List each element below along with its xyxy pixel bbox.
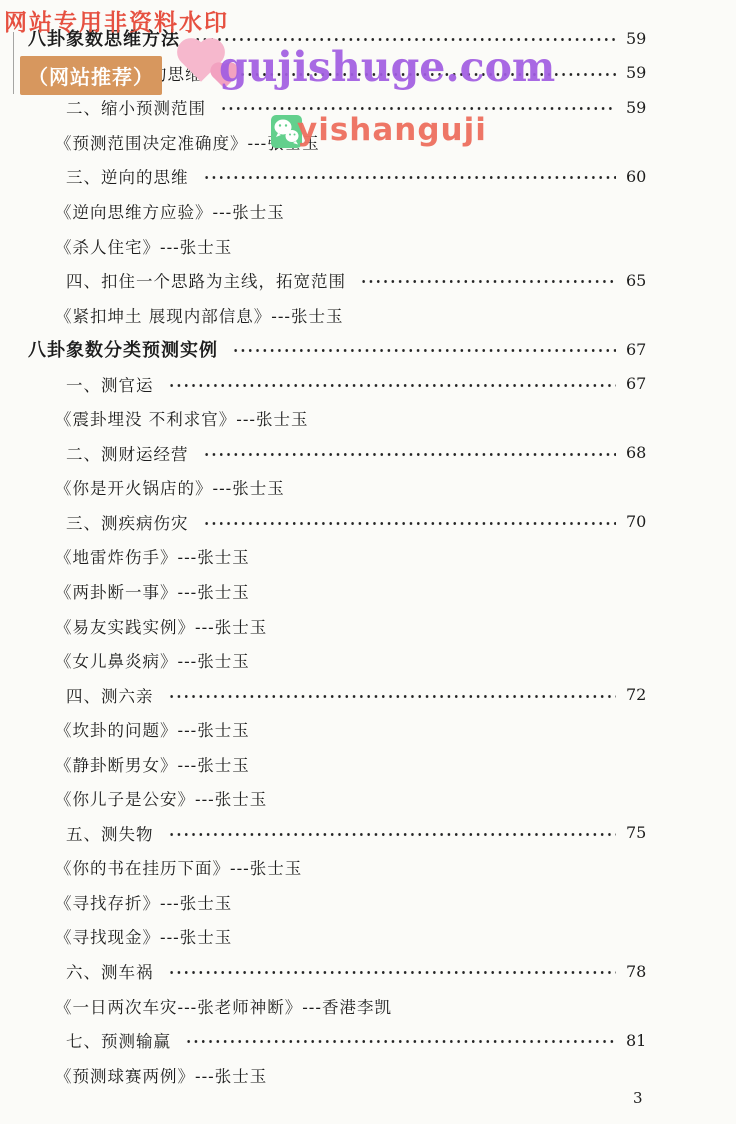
toc-book-row: 《你儿子是公安》---张士玉 (0, 781, 736, 816)
toc-page-number: 72 (626, 685, 660, 704)
table-of-contents: 八卦象数思维方法59的思维59二、缩小预测范围59《预测范围决定准确度》---张… (0, 21, 736, 1092)
toc-book-row: 《预测球赛两例》---张士玉 (0, 1057, 736, 1092)
toc-page-number: 65 (626, 271, 660, 290)
toc-entry-label: 《紧扣坤土 展现内部信息》---张士玉 (55, 303, 343, 327)
toc-item-row: 六、测车祸78 (0, 954, 736, 989)
toc-book-row: 《寻找现金》---张士玉 (0, 919, 736, 954)
toc-book-row: 《一日两次车灾---张老师神断》---香港李凯 (0, 988, 736, 1023)
dotted-leader (168, 970, 617, 975)
toc-item-row: 一、测官运67 (0, 366, 736, 401)
toc-book-row: 《坎卦的问题》---张士玉 (0, 712, 736, 747)
watermark-top-text: 网站专用非资料水印 (4, 4, 229, 37)
dotted-leader (168, 832, 617, 837)
toc-entry-label: 《你是开火锅店的》---张士玉 (55, 475, 285, 499)
toc-entry-label: 四、扣住一个思路为主线，拓宽范围 (66, 268, 346, 292)
toc-book-row: 《易友实践实例》---张士玉 (0, 608, 736, 643)
toc-item-row: 五、测失物75 (0, 816, 736, 851)
dotted-leader (185, 1039, 616, 1044)
toc-book-row: 《你是开火锅店的》---张士玉 (0, 470, 736, 505)
footer-page-number: 3 (633, 1089, 643, 1107)
toc-entry-label: 《预测球赛两例》---张士玉 (55, 1063, 267, 1087)
toc-entry-label: 《女儿鼻炎病》---张士玉 (55, 648, 250, 672)
toc-entry-label: 六、测车祸 (66, 959, 154, 983)
toc-item-row: 二、测财运经营68 (0, 436, 736, 471)
toc-entry-label: 四、测六亲 (66, 683, 154, 707)
toc-entry-label: 《静卦断男女》---张士玉 (55, 752, 250, 776)
toc-entry-label: 《你的书在挂历下面》---张士玉 (55, 855, 302, 879)
toc-item-row: 三、测疾病伤灾70 (0, 505, 736, 540)
watermark-site-badge: （网站推荐） (20, 56, 162, 95)
dotted-leader (220, 106, 616, 111)
toc-entry-label: 《易友实践实例》---张士玉 (55, 614, 267, 638)
toc-book-row: 《女儿鼻炎病》---张士玉 (0, 643, 736, 678)
toc-page-number: 67 (626, 374, 660, 393)
toc-entry-label: 《地雷炸伤手》---张士玉 (55, 544, 250, 568)
dotted-leader (203, 521, 617, 526)
toc-section-row: 八卦象数分类预测实例67 (0, 332, 736, 367)
toc-item-row: 四、测六亲72 (0, 677, 736, 712)
toc-book-row: 《逆向思维方应验》---张士玉 (0, 194, 736, 229)
toc-page-number: 70 (626, 512, 660, 531)
toc-book-row: 《静卦断男女》---张士玉 (0, 746, 736, 781)
toc-book-row: 《杀人住宅》---张士玉 (0, 228, 736, 263)
toc-item-row: 三、逆向的思维60 (0, 159, 736, 194)
toc-book-row: 《震卦埋没 不利求官》---张士玉 (0, 401, 736, 436)
toc-entry-label: 《坎卦的问题》---张士玉 (55, 717, 250, 741)
toc-book-row: 《紧扣坤土 展现内部信息》---张士玉 (0, 297, 736, 332)
toc-book-row: 《寻找存折》---张士玉 (0, 885, 736, 920)
dotted-leader (194, 37, 616, 42)
toc-page-number: 67 (626, 340, 660, 359)
toc-item-row: 七、预测输赢81 (0, 1023, 736, 1058)
toc-page-number: 81 (626, 1031, 660, 1050)
toc-entry-label: 《一日两次车灾---张老师神断》---香港李凯 (55, 994, 392, 1018)
toc-entry-label: 三、测疾病伤灾 (66, 510, 189, 534)
watermark-site-name: yishanguji (297, 112, 487, 148)
watermark-site-url: gujishuge.com (219, 43, 555, 91)
toc-entry-label: 《寻找存折》---张士玉 (55, 890, 232, 914)
dotted-leader (168, 383, 617, 388)
toc-entry-label: 《杀人住宅》---张士玉 (55, 234, 232, 258)
toc-entry-label: 《逆向思维方应验》---张士玉 (55, 199, 285, 223)
toc-page-number: 75 (626, 823, 660, 842)
toc-book-row: 《两卦断一事》---张士玉 (0, 574, 736, 609)
toc-entry-label: 《寻找现金》---张士玉 (55, 924, 232, 948)
toc-entry-label: 《震卦埋没 不利求官》---张士玉 (55, 406, 308, 430)
dotted-leader (168, 694, 617, 699)
dotted-leader (360, 279, 616, 284)
dotted-leader (203, 452, 617, 457)
toc-entry-label: 二、缩小预测范围 (66, 95, 206, 119)
dotted-leader (232, 348, 616, 353)
toc-page-number: 59 (626, 63, 660, 82)
toc-entry-label: 《你儿子是公安》---张士玉 (55, 786, 267, 810)
toc-entry-label: 五、测失物 (66, 821, 154, 845)
toc-entry-label: 三、逆向的思维 (66, 164, 189, 188)
toc-entry-label: 二、测财运经营 (66, 441, 189, 465)
dotted-leader (203, 175, 617, 180)
toc-book-row: 《你的书在挂历下面》---张士玉 (0, 850, 736, 885)
toc-page-number: 59 (626, 29, 660, 48)
toc-page-number: 78 (626, 962, 660, 981)
toc-entry-label: 《两卦断一事》---张士玉 (55, 579, 250, 603)
toc-book-row: 《地雷炸伤手》---张士玉 (0, 539, 736, 574)
toc-page-number: 60 (626, 167, 660, 186)
toc-entry-label: 八卦象数分类预测实例 (28, 336, 218, 362)
toc-page-number: 59 (626, 98, 660, 117)
toc-page-number: 68 (626, 443, 660, 462)
toc-item-row: 四、扣住一个思路为主线，拓宽范围65 (0, 263, 736, 298)
scanned-toc-page: { "watermarks": { "top_left": "网站专用非资料水印… (0, 0, 736, 1124)
toc-entry-label: 七、预测输赢 (66, 1028, 171, 1052)
toc-entry-label: 一、测官运 (66, 372, 154, 396)
